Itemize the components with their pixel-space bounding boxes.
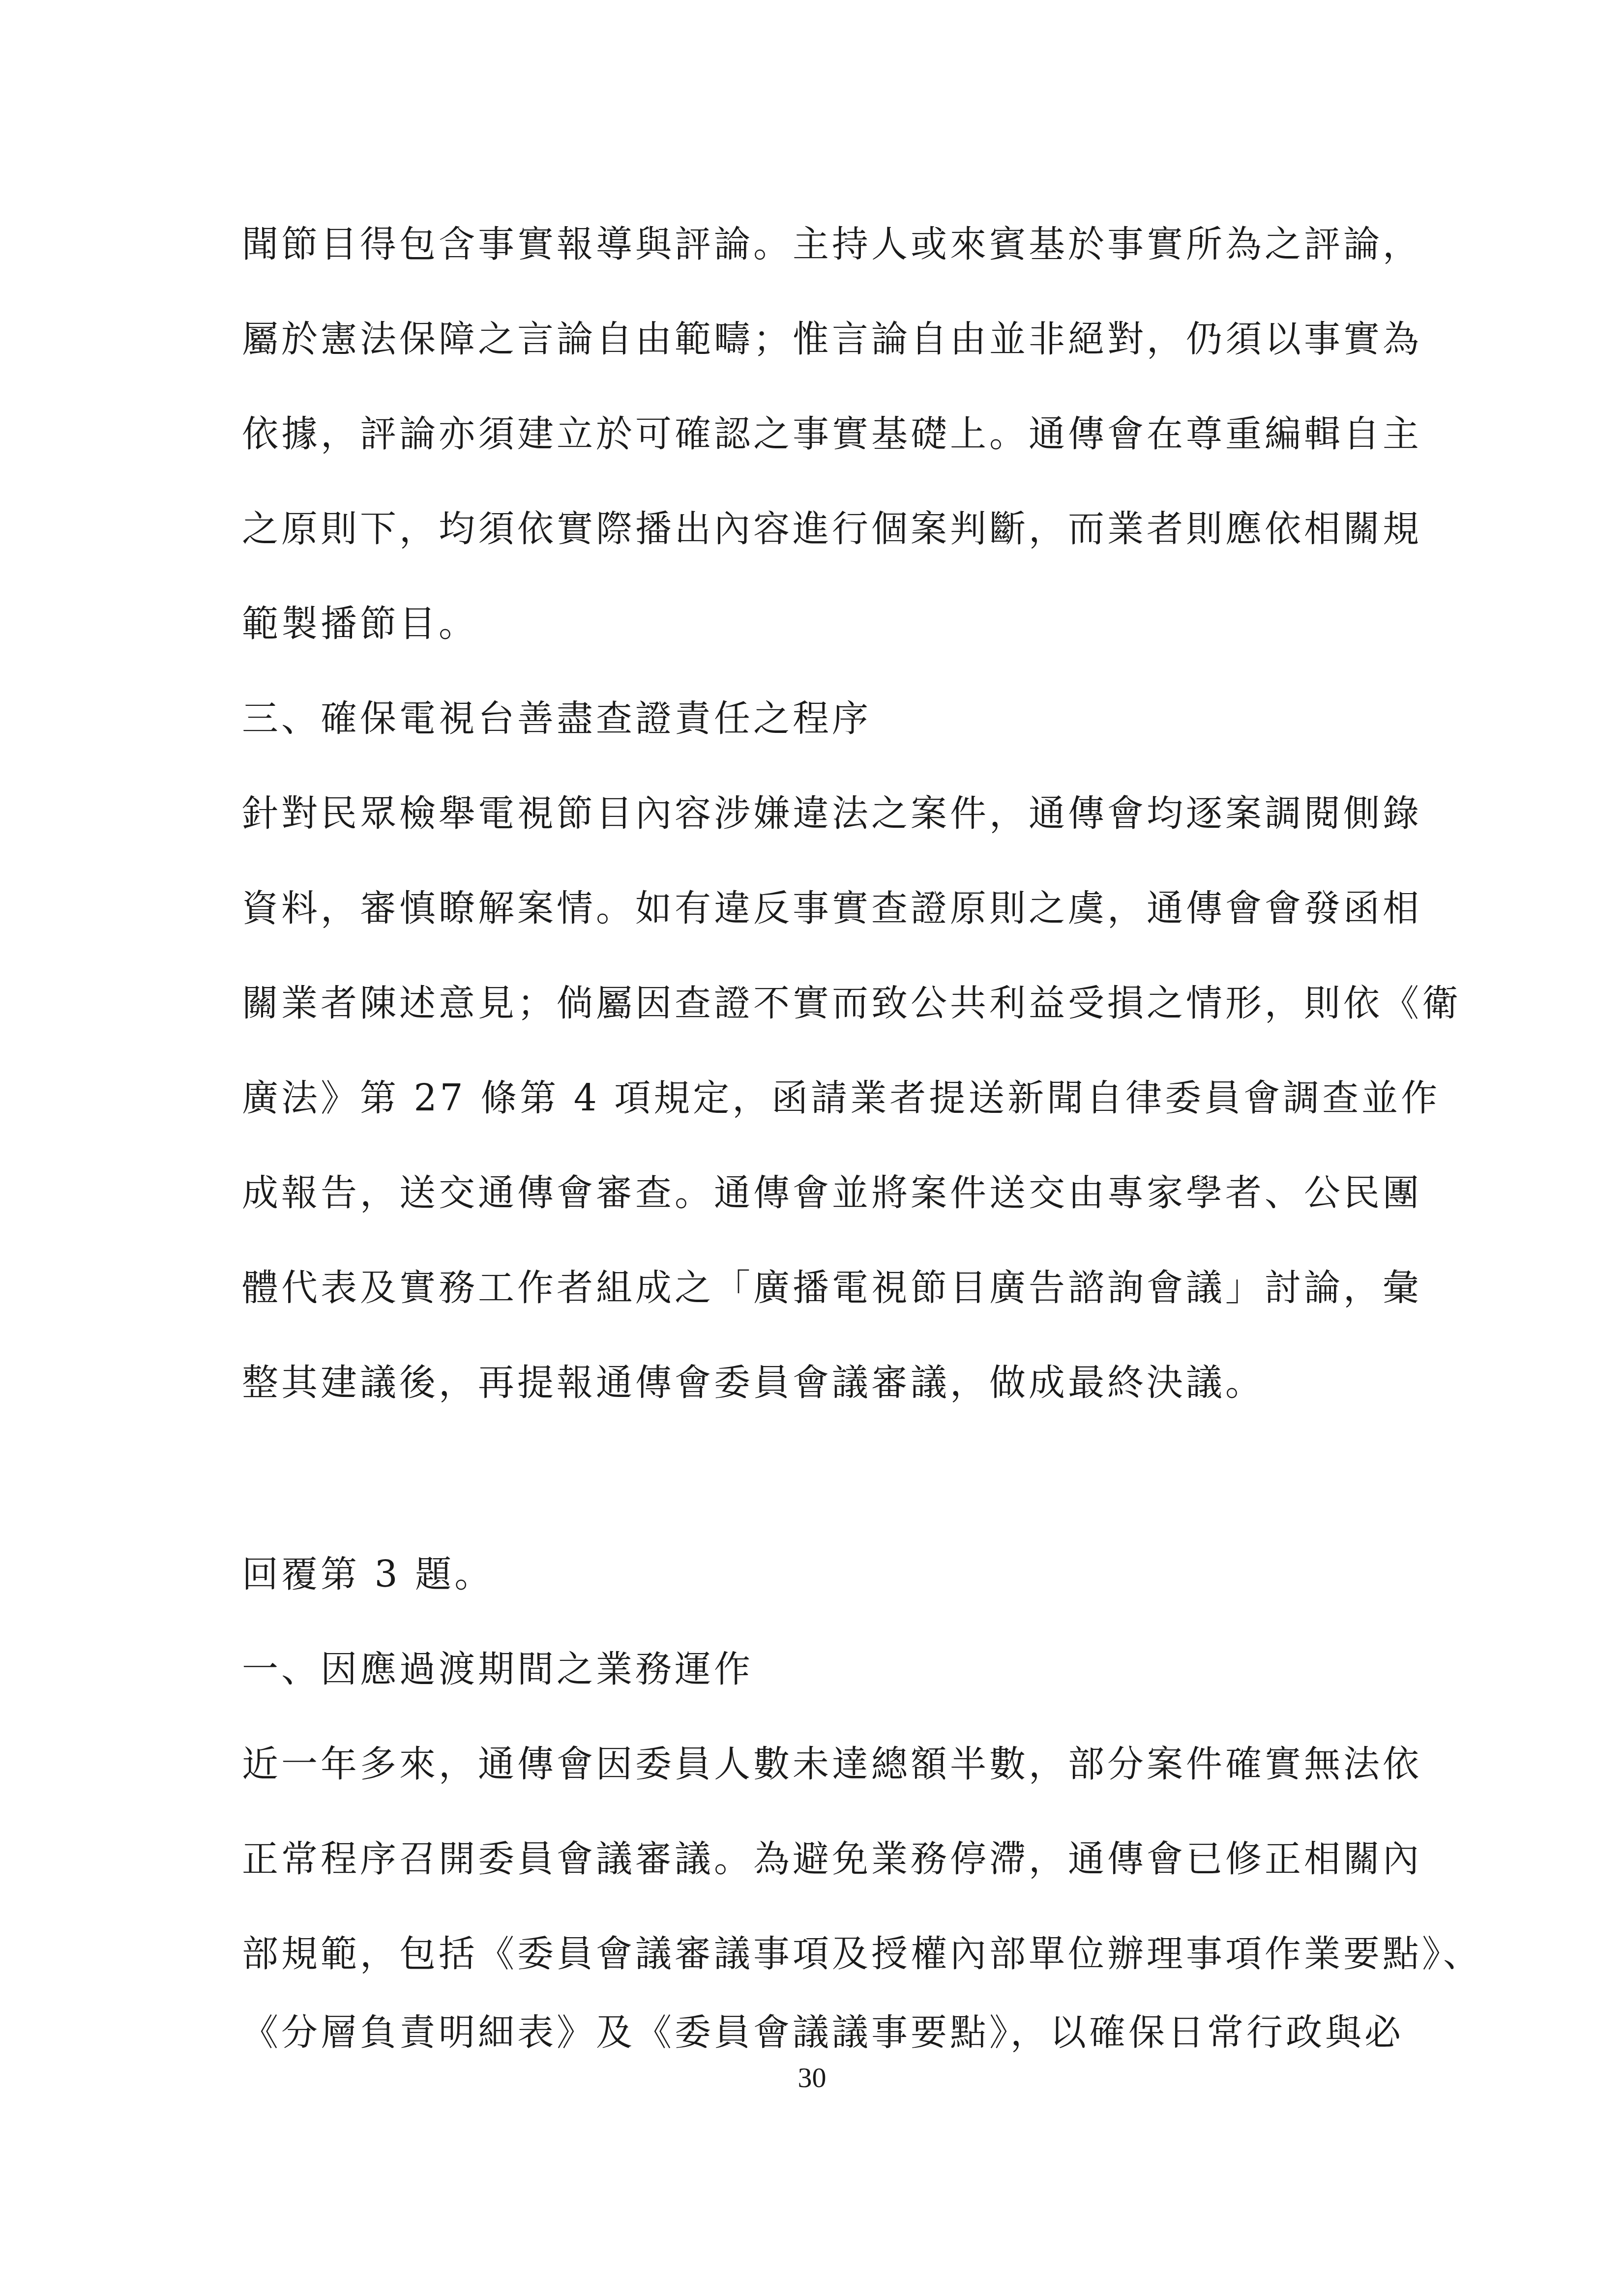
text-line: 體代表及實務工作者組成之「廣播電視節目廣告諮詢會議」討論，彙 — [242, 1266, 1358, 1310]
text-line: 聞節目得包含事實報導與評論。主持人或來賓基於事實所為之評論， — [242, 222, 1358, 266]
text-line: 之原則下，均須依實際播出內容進行個案判斷，而業者則應依相關規 — [242, 507, 1358, 551]
section-heading: 一、因應過渡期間之業務運作 — [242, 1647, 753, 1691]
text-line: 部規範，包括《委員會議審議事項及授權內部單位辦理事項作業要點》、 — [242, 1932, 1358, 1976]
answer-heading: 回覆第 3 題。 — [242, 1552, 494, 1597]
text-line: 正常程序召開委員會議審議。為避免業務停滯，通傳會已修正相關內 — [242, 1837, 1358, 1881]
text-line: 成報告，送交通傳會審查。通傳會並將案件送交由專家學者、公民團 — [242, 1171, 1358, 1215]
text-line: 資料，審慎瞭解案情。如有違反事實查證原則之虞，通傳會會發函相 — [242, 886, 1358, 930]
document-page: 聞節目得包含事實報導與評論。主持人或來賓基於事實所為之評論， 屬於憲法保障之言論… — [0, 0, 1624, 2296]
page-number: 30 — [0, 2061, 1624, 2095]
text-line-end: 範製播節目。 — [242, 602, 478, 646]
text-line: 屬於憲法保障之言論自由範疇；惟言論自由並非絕對，仍須以事實為 — [242, 317, 1358, 361]
text-line: 《分層負責明細表》及《委員會議議事要點》，以確保日常行政與必 — [242, 2010, 1358, 2055]
section-heading: 三、確保電視台善盡查證責任之程序 — [242, 697, 871, 741]
text-line: 廣法》第 27 條第 4 項規定，函請業者提送新聞自律委員會調查並作 — [242, 1076, 1358, 1120]
text-line: 依據，評論亦須建立於可確認之事實基礎上。通傳會在尊重編輯自主 — [242, 412, 1358, 456]
text-line: 針對民眾檢舉電視節目內容涉嫌違法之案件，通傳會均逐案調閱側錄 — [242, 791, 1358, 836]
text-line: 關業者陳述意見；倘屬因查證不實而致公共利益受損之情形，則依《衛 — [242, 981, 1358, 1025]
text-line-end: 整其建議後，再提報通傳會委員會議審議，做成最終決議。 — [242, 1361, 1265, 1405]
text-line: 近一年多來，通傳會因委員人數未達總額半數，部分案件確實無法依 — [242, 1742, 1358, 1786]
